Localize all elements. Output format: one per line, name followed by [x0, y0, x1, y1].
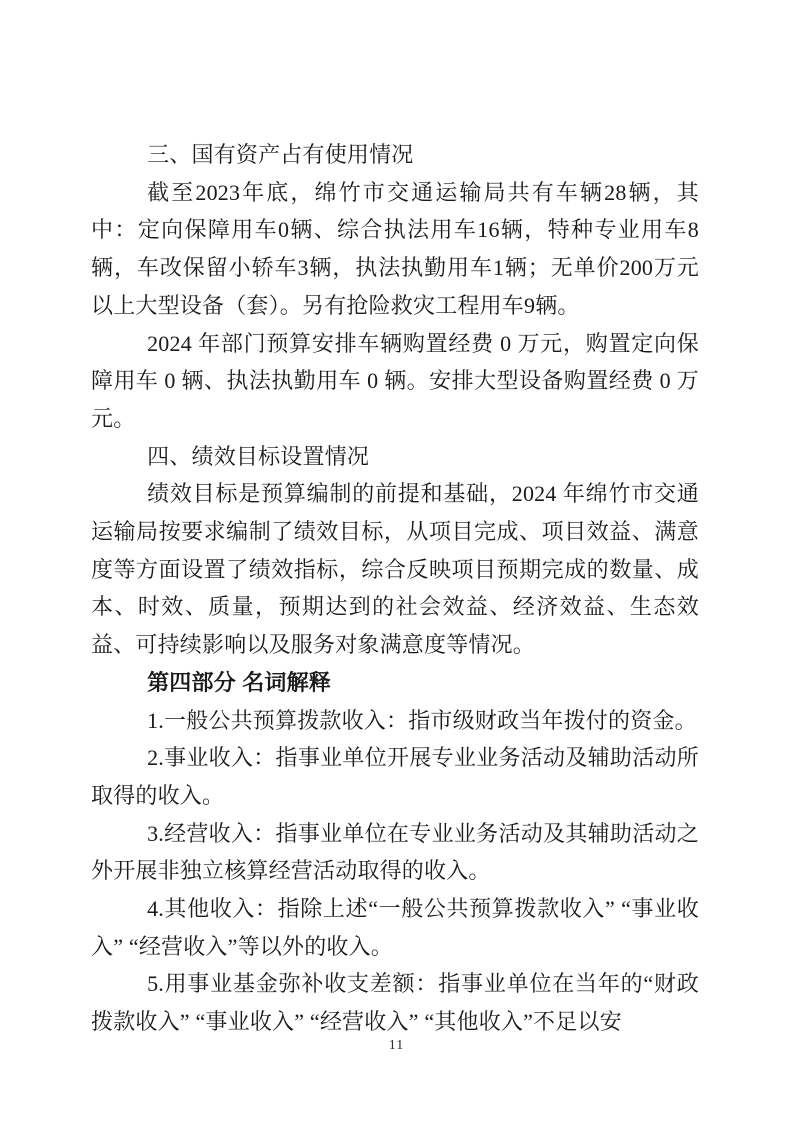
section-heading: 四、绩效目标设置情况: [91, 438, 699, 476]
paragraph: 截至2023年底，绵竹市交通运输局共有车辆28辆，其中：定向保障用车0辆、综合执…: [91, 174, 699, 325]
paragraph: 3.经营收入：指事业单位在专业业务活动及其辅助活动之外开展非独立核算经营活动取得…: [91, 815, 699, 890]
section-heading: 三、国有资产占有使用情况: [91, 136, 699, 174]
paragraph: 4.其他收入：指除上述“一般公共预算拨款收入” “事业收入” “经营收入”等以外…: [91, 890, 699, 965]
paragraph: 2024 年部门预算安排车辆购置经费 0 万元，购置定向保障用车 0 辆、执法执…: [91, 325, 699, 438]
paragraph: 5.用事业基金弥补收支差额：指事业单位在当年的“财政拨款收入” “事业收入” “…: [91, 965, 699, 1040]
paragraph: 1.一般公共预算拨款收入：指市级财政当年拨付的资金。: [91, 702, 699, 740]
document-page: 三、国有资产占有使用情况截至2023年底，绵竹市交通运输局共有车辆28辆，其中：…: [0, 0, 793, 1122]
paragraph: 2.事业收入：指事业单位开展专业业务活动及辅助活动所取得的收入。: [91, 739, 699, 814]
page-number: 11: [389, 1038, 404, 1053]
part-heading: 第四部分 名词解释: [91, 664, 699, 702]
document-content: 三、国有资产占有使用情况截至2023年底，绵竹市交通运输局共有车辆28辆，其中：…: [91, 136, 699, 1041]
paragraph: 绩效目标是预算编制的前提和基础，2024 年绵竹市交通运输局按要求编制了绩效目标…: [91, 475, 699, 664]
page-footer: 11: [0, 1036, 793, 1054]
